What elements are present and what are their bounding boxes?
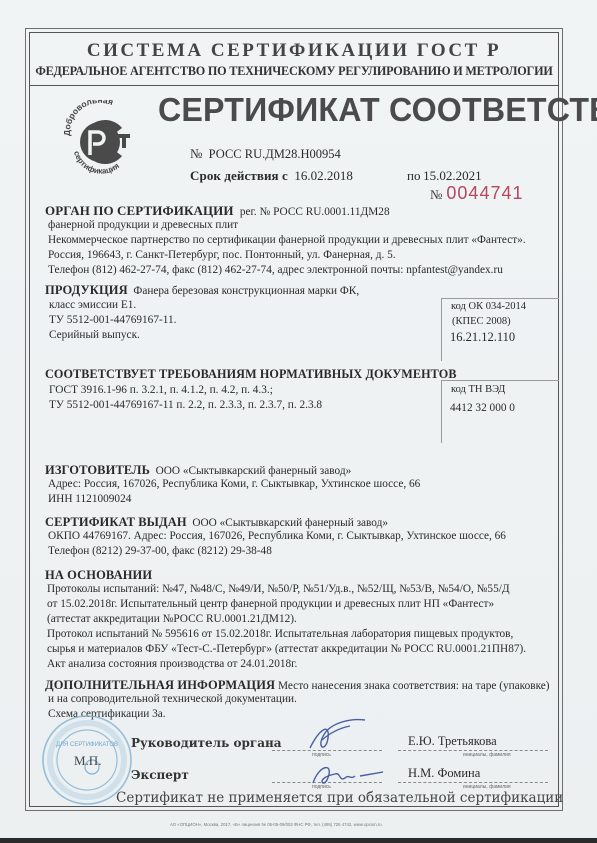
product-label: ПРОДУКЦИЯ xyxy=(45,283,128,297)
manufacturer-line: ИНН 1121009024 xyxy=(48,493,131,505)
stamp-label: М.П. xyxy=(74,753,101,769)
form-number-sign: № xyxy=(430,187,442,202)
certificate-title: СЕРТИФИКАТ СООТВЕТСТВИЯ xyxy=(158,92,597,130)
expert-name: Н.М. Фомина xyxy=(408,766,480,781)
agency-title: ФЕДЕРАЛЬНОЕ АГЕНТСТВО ПО ТЕХНИЧЕСКОМУ РЕ… xyxy=(29,64,559,79)
certificate-number-row: № РОСС RU.ДМ28.Н00954 xyxy=(190,146,341,162)
basis-line: (аттестат аккредитации №РОСС RU.0001.21Д… xyxy=(47,613,297,625)
basis-line: Протокол испытаний № 595616 от 15.02.201… xyxy=(47,628,513,640)
basis-line: Протоколы испытаний: №47, №48/С, №49/И, … xyxy=(47,583,510,595)
valid-from: 16.02.2018 xyxy=(294,168,353,183)
compliance-line: ГОСТ 3916.1-96 п. 3.2.1, п. 4.1.2, п. 4.… xyxy=(49,384,273,396)
valid-to-row: по 15.02.2021 xyxy=(407,168,482,184)
number-sign: № xyxy=(190,146,202,161)
product-name: Фанера березовая конструкционная марки Ф… xyxy=(133,285,359,297)
issued-to-name: ООО «Сыктывкарский фанерный завод» xyxy=(192,517,388,529)
product-line: класс эмиссии Е1. xyxy=(49,299,136,311)
certification-body-label: ОРГАН ПО СЕРТИФИКАЦИИ xyxy=(45,203,234,218)
additional-info-first: Место нанесения знака соответствия: на т… xyxy=(278,680,550,692)
certification-body-line: Некоммерческое партнерство по сертификац… xyxy=(48,234,526,246)
okpd-code-box: код ОК 034-2014 (КПЕС 2008) 16.21.12.110 xyxy=(441,298,559,361)
certificate-number: РОСС RU.ДМ28.Н00954 xyxy=(209,147,341,161)
basis-line: сырья и материалов ФБУ «Тест-С.-Петербур… xyxy=(47,643,526,655)
head-name: Е.Ю. Третьякова xyxy=(408,734,497,749)
head-signature-icon xyxy=(300,718,370,763)
form-number: 0044741 xyxy=(446,183,523,203)
okpd-code-label: код ОК 034-2014 xyxy=(451,301,526,312)
form-number-row: № 0044741 xyxy=(430,183,523,204)
product-header: ПРОДУКЦИЯ Фанера березовая конструкционн… xyxy=(45,283,359,298)
header-divider xyxy=(29,85,559,86)
expert-role: Эксперт xyxy=(131,768,189,782)
system-title: СИСТЕМА СЕРТИФИКАЦИИ ГОСТ Р xyxy=(29,40,559,62)
head-name-line xyxy=(398,750,548,751)
compliance-line: ТУ 5512-001-44769167-11 п. 2.2, п. 2.3.3… xyxy=(49,399,322,411)
manufacturer-label: ИЗГОТОВИТЕЛЬ xyxy=(45,463,150,477)
issued-to-line: Телефон (8212) 29-37-00, факс (8212) 29-… xyxy=(48,545,272,557)
printer-line: АО «ОПЦИОН», Москва, 2017, «Б» лицензия … xyxy=(170,822,382,827)
tnved-code-label: код ТН ВЭД xyxy=(451,384,505,395)
certification-body-line: Россия, 196643, г. Санкт-Петербург, пос.… xyxy=(48,249,396,261)
issued-to-line: ОКПО 44769167. Адрес: Россия, 167026, Ре… xyxy=(48,530,506,542)
expert-name-line xyxy=(398,782,548,783)
certification-body-line: Телефон (812) 462-27-74, факс (812) 462-… xyxy=(48,264,503,276)
manufacturer-line: Адрес: Россия, 167026, Республика Коми, … xyxy=(48,478,420,490)
tnved-code-box: код ТН ВЭД 4412 32 000 0 xyxy=(441,380,559,443)
product-line: ТУ 5512-001-44769167-11. xyxy=(49,314,176,326)
certification-body-reg: рег. № РОСС RU.0001.11ДМ28 xyxy=(240,206,390,218)
validity-label: Срок действия с xyxy=(190,168,288,183)
validity-row: Срок действия с 16.02.2018 xyxy=(190,168,353,184)
tnved-code-value: 4412 32 000 0 xyxy=(450,402,515,414)
certification-body-header: ОРГАН ПО СЕРТИФИКАЦИИ рег. № РОСС RU.000… xyxy=(45,203,390,219)
manufacturer-name: ООО «Сыктывкарский фанерный завод» xyxy=(156,465,352,477)
head-role: Руководитель органа xyxy=(131,736,282,750)
issued-to-header: СЕРТИФИКАТ ВЫДАН ООО «Сыктывкарский фане… xyxy=(45,515,388,530)
okpd-code-sub: (КПЕС 2008) xyxy=(452,316,511,327)
rst-logo-icon: Добровольная сертификация xyxy=(60,100,140,180)
okpd-code-value: 16.21.12.110 xyxy=(450,330,515,345)
head-name-caption: инициалы, фамилия xyxy=(463,752,511,758)
certification-body-line: фанерной продукции и древесных плит xyxy=(48,219,238,231)
footnote: Сертификат не применяется при обязательн… xyxy=(116,790,563,806)
issued-to-label: СЕРТИФИКАТ ВЫДАН xyxy=(45,515,187,529)
compliance-label: СООТВЕТСТВУЕТ ТРЕБОВАНИЯМ НОРМАТИВНЫХ ДО… xyxy=(45,367,457,382)
valid-to-label: по xyxy=(407,168,420,183)
basis-line: Акт анализа состояния производства от 24… xyxy=(47,658,297,670)
scan-edge xyxy=(0,838,597,843)
additional-info-label: ДОПОЛНИТЕЛЬНАЯ ИНФОРМАЦИЯ xyxy=(45,678,275,692)
additional-info-header: ДОПОЛНИТЕЛЬНАЯ ИНФОРМАЦИЯ Место нанесени… xyxy=(45,678,550,693)
valid-to: 15.02.2021 xyxy=(423,168,482,183)
product-line: Серийный выпуск. xyxy=(49,329,140,341)
svg-text:ДЛЯ СЕРТИФИКАТОВ: ДЛЯ СЕРТИФИКАТОВ xyxy=(56,742,118,748)
manufacturer-header: ИЗГОТОВИТЕЛЬ ООО «Сыктывкарский фанерный… xyxy=(45,463,351,478)
additional-info-line: и на сопроводительной технической докуме… xyxy=(48,693,297,705)
basis-line: от 15.02.2018г. Испытательный центр фане… xyxy=(47,598,494,610)
basis-label: НА ОСНОВАНИИ xyxy=(45,568,152,583)
